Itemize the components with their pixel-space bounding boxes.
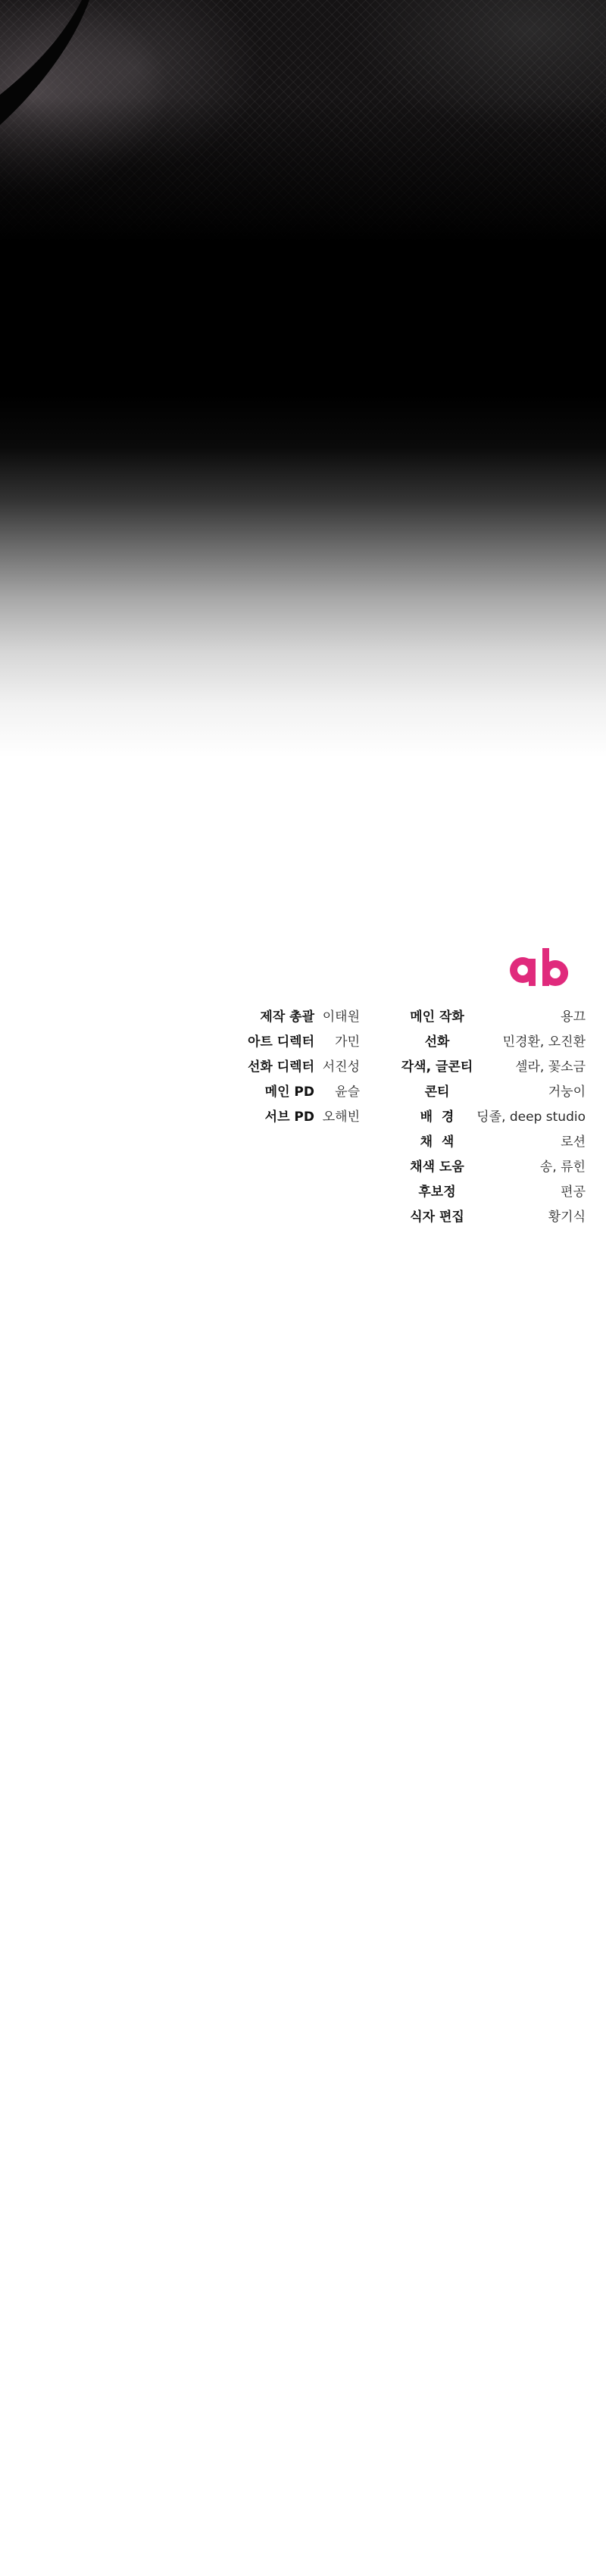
credit-role: 제작 총괄 [260, 1008, 314, 1026]
credit-role: 선화 [379, 1033, 495, 1051]
credit-name: 용끄 [561, 1008, 586, 1026]
credit-name: 셀라, 꽃소금 [515, 1058, 586, 1076]
dark-curve-shape [0, 0, 151, 152]
credit-name: 서진성 [323, 1058, 360, 1076]
credit-name: 황기식 [548, 1208, 586, 1226]
credit-role: 메인 작화 [379, 1008, 495, 1026]
cover-artwork [0, 0, 606, 773]
credit-name: 편공 [561, 1183, 586, 1201]
credit-name: 이태원 [323, 1008, 360, 1026]
credit-name: 딩졸, deep studio [476, 1108, 586, 1126]
studio-logo-icon [508, 944, 577, 989]
credit-name: 가민 [335, 1033, 360, 1051]
credit-name: 로션 [561, 1133, 586, 1151]
credit-name: 민경환, 오진환 [503, 1033, 586, 1051]
credit-role: 채색 도움 [379, 1158, 495, 1176]
credit-name: 송, 류힌 [540, 1158, 586, 1176]
credit-name: 오해빈 [323, 1108, 360, 1126]
credit-role: 각색, 글콘티 [379, 1058, 495, 1076]
credit-role: 콘티 [379, 1083, 495, 1101]
credit-role: 서브 PD [265, 1108, 314, 1126]
credit-role: 채 색 [379, 1133, 495, 1151]
credit-name: 윤슬 [335, 1083, 360, 1101]
credit-name: 거눙이 [548, 1083, 586, 1101]
credit-role: 선화 디렉터 [248, 1058, 314, 1076]
credit-role: 아트 디렉터 [248, 1033, 314, 1051]
credit-role: 메인 PD [265, 1083, 314, 1101]
credit-role: 후보정 [379, 1183, 495, 1201]
credit-role: 식자 편집 [379, 1208, 495, 1226]
